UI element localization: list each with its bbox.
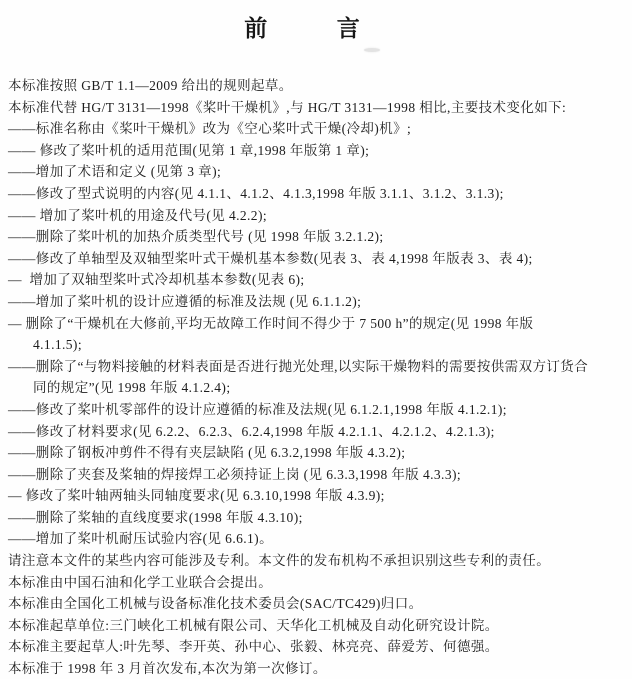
change-list-item: ——修改了材料要求(见 6.2.2、6.2.3、6.2.4,1998 年版 4.… (8, 421, 626, 443)
closing-paragraph: 请注意本文件的某些内容可能涉及专利。本文件的发布机构不承担识别这些专利的责任。 (8, 550, 626, 572)
closing-paragraph: 本标准主要起草人:叶先琴、李开英、孙中心、张毅、林亮亮、薛爱芳、何德强。 (8, 636, 626, 658)
change-list-item: ——标准名称由《桨叶干燥机》改为《空心桨叶式干燥(冷却)机》; (8, 118, 626, 140)
change-list-item: ——修改了型式说明的内容(见 4.1.1、4.1.2、4.1.3,1998 年版… (8, 183, 626, 205)
change-list-item: — 修改了桨叶轴两轴头同轴度要求(见 6.3.10,1998 年版 4.3.9)… (8, 485, 626, 507)
change-list-item: ——删除了钢板冲剪件不得有夹层缺陷 (见 6.3.2,1998 年版 4.3.2… (8, 442, 626, 464)
closing-paragraph: 本标准由全国化工机械与设备标准化技术委员会(SAC/TC429)归口。 (8, 593, 626, 615)
change-list-item: ——删除了夹套及桨轴的焊接焊工必须持证上岗 (见 6.3.3,1998 年版 4… (8, 464, 626, 486)
change-list: ——标准名称由《桨叶干燥机》改为《空心桨叶式干燥(冷却)机》;—— 修改了桨叶机… (8, 118, 626, 550)
change-list-item: ——增加了桨叶机的设计应遵循的标准及法规 (见 6.1.1.2); (8, 291, 626, 313)
closing-paragraphs: 请注意本文件的某些内容可能涉及专利。本文件的发布机构不承担识别这些专利的责任。本… (8, 550, 626, 679)
change-list-item: ——删除了桨叶机的加热介质类型代号 (见 1998 年版 3.2.1.2); (8, 226, 626, 248)
change-list-item: —— 修改了桨叶机的适用范围(见第 1 章,1998 年版第 1 章); (8, 140, 626, 162)
change-list-item: — 删除了“干燥机在大修前,平均无故障工作时间不得少于 7 500 h”的规定(… (8, 313, 626, 356)
change-list-item: ——修改了单轴型及双轴型桨叶式干燥机基本参数(见表 3、表 4,1998 年版表… (8, 248, 626, 270)
closing-paragraph: 本标准于 1998 年 3 月首次发布,本次为第一次修订。 (8, 658, 626, 679)
change-list-item: ——修改了桨叶机零部件的设计应遵循的标准及法规(见 6.1.2.1,1998 年… (8, 399, 626, 421)
page-title: 前 言 (0, 15, 606, 42)
closing-paragraph: 本标准起草单位:三门峡化工机械有限公司、天华化工机械及自动化研究设计院。 (8, 615, 626, 637)
foreword-body: 本标准按照 GB/T 1.1—2009 给出的规则起草。本标准代替 HG/T 3… (8, 75, 626, 679)
intro-paragraphs: 本标准按照 GB/T 1.1—2009 给出的规则起草。本标准代替 HG/T 3… (8, 75, 626, 118)
change-list-item: ——删除了桨轴的直线度要求(1998 年版 4.3.10); (8, 507, 626, 529)
change-list-item: ——删除了“与物料接触的材料表面是否进行抛光处理,以实际干燥物料的需要按供需双方… (8, 356, 626, 399)
scan-smudge-artifact (364, 48, 380, 52)
change-list-item: ——增加了术语和定义 (见第 3 章); (8, 161, 626, 183)
change-list-item: —— 增加了桨叶机的用途及代号(见 4.2.2); (8, 205, 626, 227)
document-page: 前 言 本标准按照 GB/T 1.1—2009 给出的规则起草。本标准代替 HG… (0, 0, 632, 679)
intro-paragraph: 本标准代替 HG/T 3131—1998《桨叶干燥机》,与 HG/T 3131—… (8, 97, 626, 119)
closing-paragraph: 本标准由中国石油和化学工业联合会提出。 (8, 572, 626, 594)
intro-paragraph: 本标准按照 GB/T 1.1—2009 给出的规则起草。 (8, 75, 626, 97)
change-list-item: ——增加了桨叶机耐压试验内容(见 6.6.1)。 (8, 528, 626, 550)
change-list-item: — 增加了双轴型桨叶式冷却机基本参数(见表 6); (8, 269, 626, 291)
